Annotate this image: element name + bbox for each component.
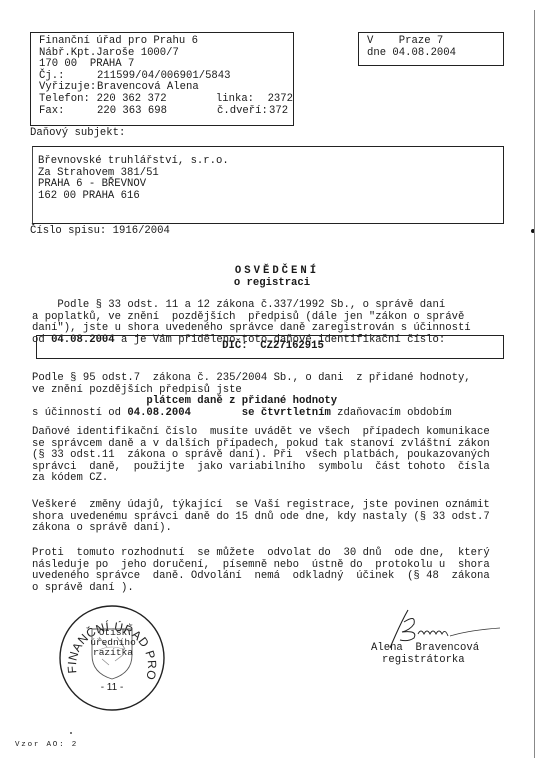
text: zdaňovacím obdobím — [331, 407, 452, 419]
paragraph-line: o správě daní ). — [32, 583, 512, 595]
phone-value: 220 362 372 — [97, 94, 216, 106]
paragraph-line: zákona o správě daní). — [32, 523, 512, 535]
scan-speck — [70, 732, 72, 734]
tax-subject-box: Břevnovské truhlářství, s.r.o. Za Straho… — [32, 146, 504, 224]
extension-label: linka: — [216, 94, 268, 106]
place-date-box: V Praze 7 dne 04.08.2004 — [358, 32, 504, 66]
stamp-number: - 11 - — [92, 682, 132, 694]
extension-value: 2372 — [268, 94, 293, 106]
fax-label: Fax: — [39, 106, 97, 118]
document-subtitle: o registraci — [0, 278, 540, 290]
paragraph-line: Podle § 95 odst.7 zákona č. 235/2004 Sb.… — [32, 373, 512, 385]
form-code: Vzor AO: 2 — [15, 740, 78, 752]
subject-city: 162 00 PRAHA 616 — [38, 191, 503, 203]
signer-role: registrátorka — [382, 655, 465, 667]
text: s účinností od — [32, 407, 127, 419]
scan-edge-line — [534, 10, 535, 758]
stamp-placeholder-text: Otisk úředního razítka — [78, 628, 148, 658]
vat-payer-paragraph: Podle § 95 odst.7 zákona č. 235/2004 Sb.… — [32, 373, 512, 419]
tax-id-number: DIČ: CZ27162915 — [0, 341, 540, 353]
tax-period: se čtvrtletním — [242, 407, 331, 419]
paragraph-line: Daňové identifikační číslo musíte uvádět… — [32, 427, 512, 439]
paragraph-line: s účinností od 04.08.2004 se čtvrtletním… — [32, 408, 512, 420]
paragraph-line: Podle § 33 odst. 11 a 12 zákona č.337/19… — [32, 300, 512, 312]
place: V Praze 7 — [367, 36, 503, 48]
paragraph-line: Veškeré změny údajů, týkající se Vaší re… — [32, 500, 512, 512]
paragraph-line: za kódem CZ. — [32, 473, 512, 485]
door-label: č.dveří: — [217, 106, 269, 118]
changes-notice-paragraph: Veškeré změny údajů, týkající se Vaší re… — [32, 500, 512, 535]
phone-label: Telefon: — [39, 94, 97, 106]
document-title: OSVĚDČENÍ — [0, 266, 540, 278]
door-value: 372 — [269, 106, 288, 118]
subject-company: Břevnovské truhlářství, s.r.o. — [38, 156, 503, 168]
office-name: Finanční úřad pro Prahu 6 — [39, 36, 198, 48]
spacer — [191, 407, 242, 419]
file-number: Číslo spisu: 1916/2004 — [30, 226, 170, 238]
date: dne 04.08.2004 — [367, 48, 503, 60]
stamp-line: razítka — [78, 648, 148, 658]
fax-value: 220 363 698 — [97, 106, 217, 118]
tax-subject-label: Daňový subjekt: — [30, 128, 125, 140]
tax-id-usage-paragraph: Daňové identifikační číslo musíte uvádět… — [32, 427, 512, 485]
appeal-notice-paragraph: Proti tomuto rozhodnutí se můžete odvola… — [32, 548, 512, 594]
official-stamp-icon: FINANČNÍ ÚŘAD PRO PRAHU 6 — [57, 603, 167, 713]
signer-name: Alena Bravencová — [371, 643, 479, 655]
vat-effective-date: 04.08.2004 — [127, 407, 191, 419]
paragraph-line: Proti tomuto rozhodnutí se můžete odvola… — [32, 548, 512, 560]
office-info-box: Finanční úřad pro Prahu 6 Nábř.Kpt.Jaroš… — [30, 32, 294, 126]
